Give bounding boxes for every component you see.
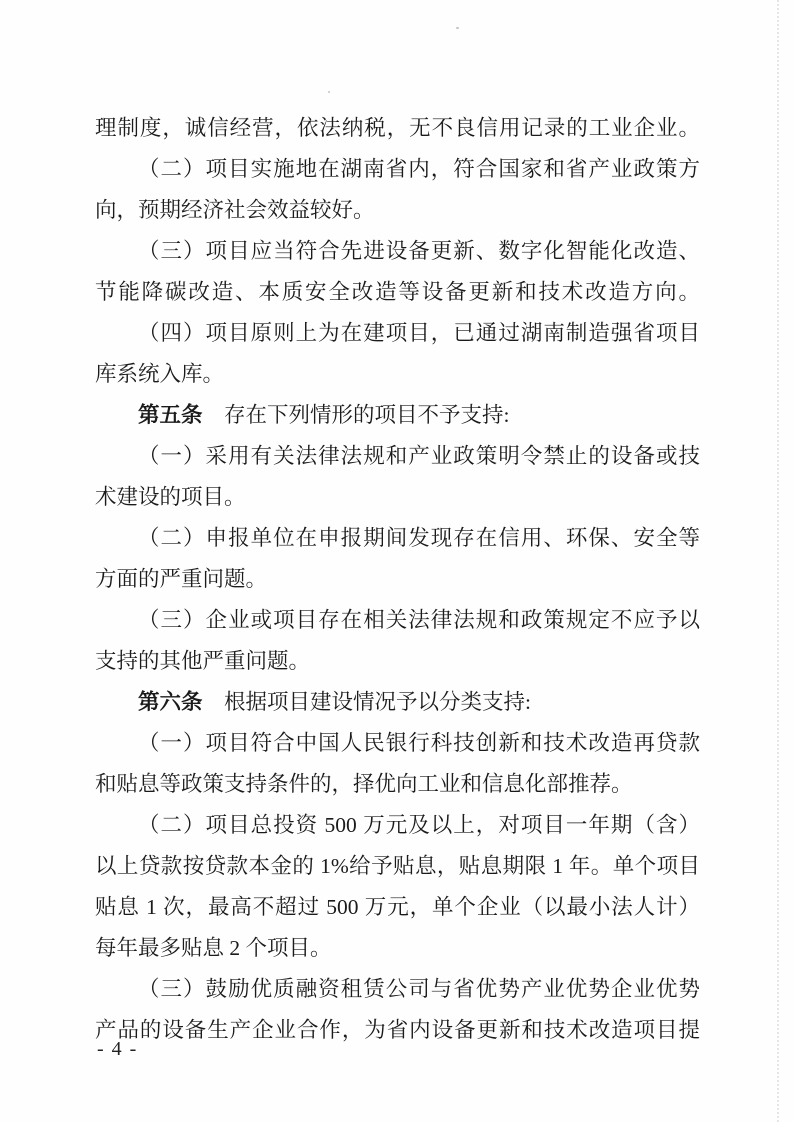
text-line: 产品的设备生产企业合作，为省内设备更新和技术改造项目提: [95, 1010, 700, 1051]
text-line: 理制度，诚信经营，依法纳税，无不良信用记录的工业企业。: [95, 108, 700, 149]
document-body: 理制度，诚信经营，依法纳税，无不良信用记录的工业企业。（二）项目实施地在湖南省内…: [95, 108, 700, 1051]
text-line: 第五条 存在下列情形的项目不予支持:: [95, 395, 700, 436]
page-number: - 4 -: [97, 1036, 138, 1062]
scan-speck: [328, 91, 330, 93]
text-line: 方面的严重问题。: [95, 559, 700, 600]
text-line: （一）采用有关法律法规和产业政策明令禁止的设备或技: [95, 436, 700, 477]
text-line: （三）企业或项目存在相关法律法规和政策规定不应予以: [95, 600, 700, 641]
text-line: 支持的其他严重问题。: [95, 641, 700, 682]
article-number: 第六条: [138, 690, 203, 714]
text-line: （二）项目实施地在湖南省内，符合国家和省产业政策方: [95, 149, 700, 190]
text-line: 向，预期经济社会效益较好。: [95, 190, 700, 231]
text-line: 第六条 根据项目建设情况予以分类支持:: [95, 682, 700, 723]
text-line: 节能降碳改造、本质安全改造等设备更新和技术改造方向。: [95, 272, 700, 313]
text-line: 和贴息等政策支持条件的，择优向工业和信息化部推荐。: [95, 764, 700, 805]
text-line: （二）申报单位在申报期间发现存在信用、环保、安全等: [95, 518, 700, 559]
scan-binding-dots: [777, 0, 779, 1122]
scan-speck: [456, 27, 459, 29]
document-page: 理制度，诚信经营，依法纳税，无不良信用记录的工业企业。（二）项目实施地在湖南省内…: [0, 0, 793, 1122]
text-line: 贴息 1 次，最高不超过 500 万元，单个企业（以最小法人计）: [95, 887, 700, 928]
text-line: （四）项目原则上为在建项目，已通过湖南制造强省项目: [95, 313, 700, 354]
text-line: （二）项目总投资 500 万元及以上，对项目一年期（含）: [95, 805, 700, 846]
text-line: （三）项目应当符合先进设备更新、数字化智能化改造、: [95, 231, 700, 272]
article-number: 第五条: [138, 403, 203, 427]
text-line: 库系统入库。: [95, 354, 700, 395]
text-line: 每年最多贴息 2 个项目。: [95, 928, 700, 969]
text-line: 术建设的项目。: [95, 477, 700, 518]
text-line: （三）鼓励优质融资租赁公司与省优势产业优势企业优势: [95, 969, 700, 1010]
text-line: 以上贷款按贷款本金的 1%给予贴息，贴息期限 1 年。单个项目: [95, 846, 700, 887]
text-line: （一）项目符合中国人民银行科技创新和技术改造再贷款: [95, 723, 700, 764]
